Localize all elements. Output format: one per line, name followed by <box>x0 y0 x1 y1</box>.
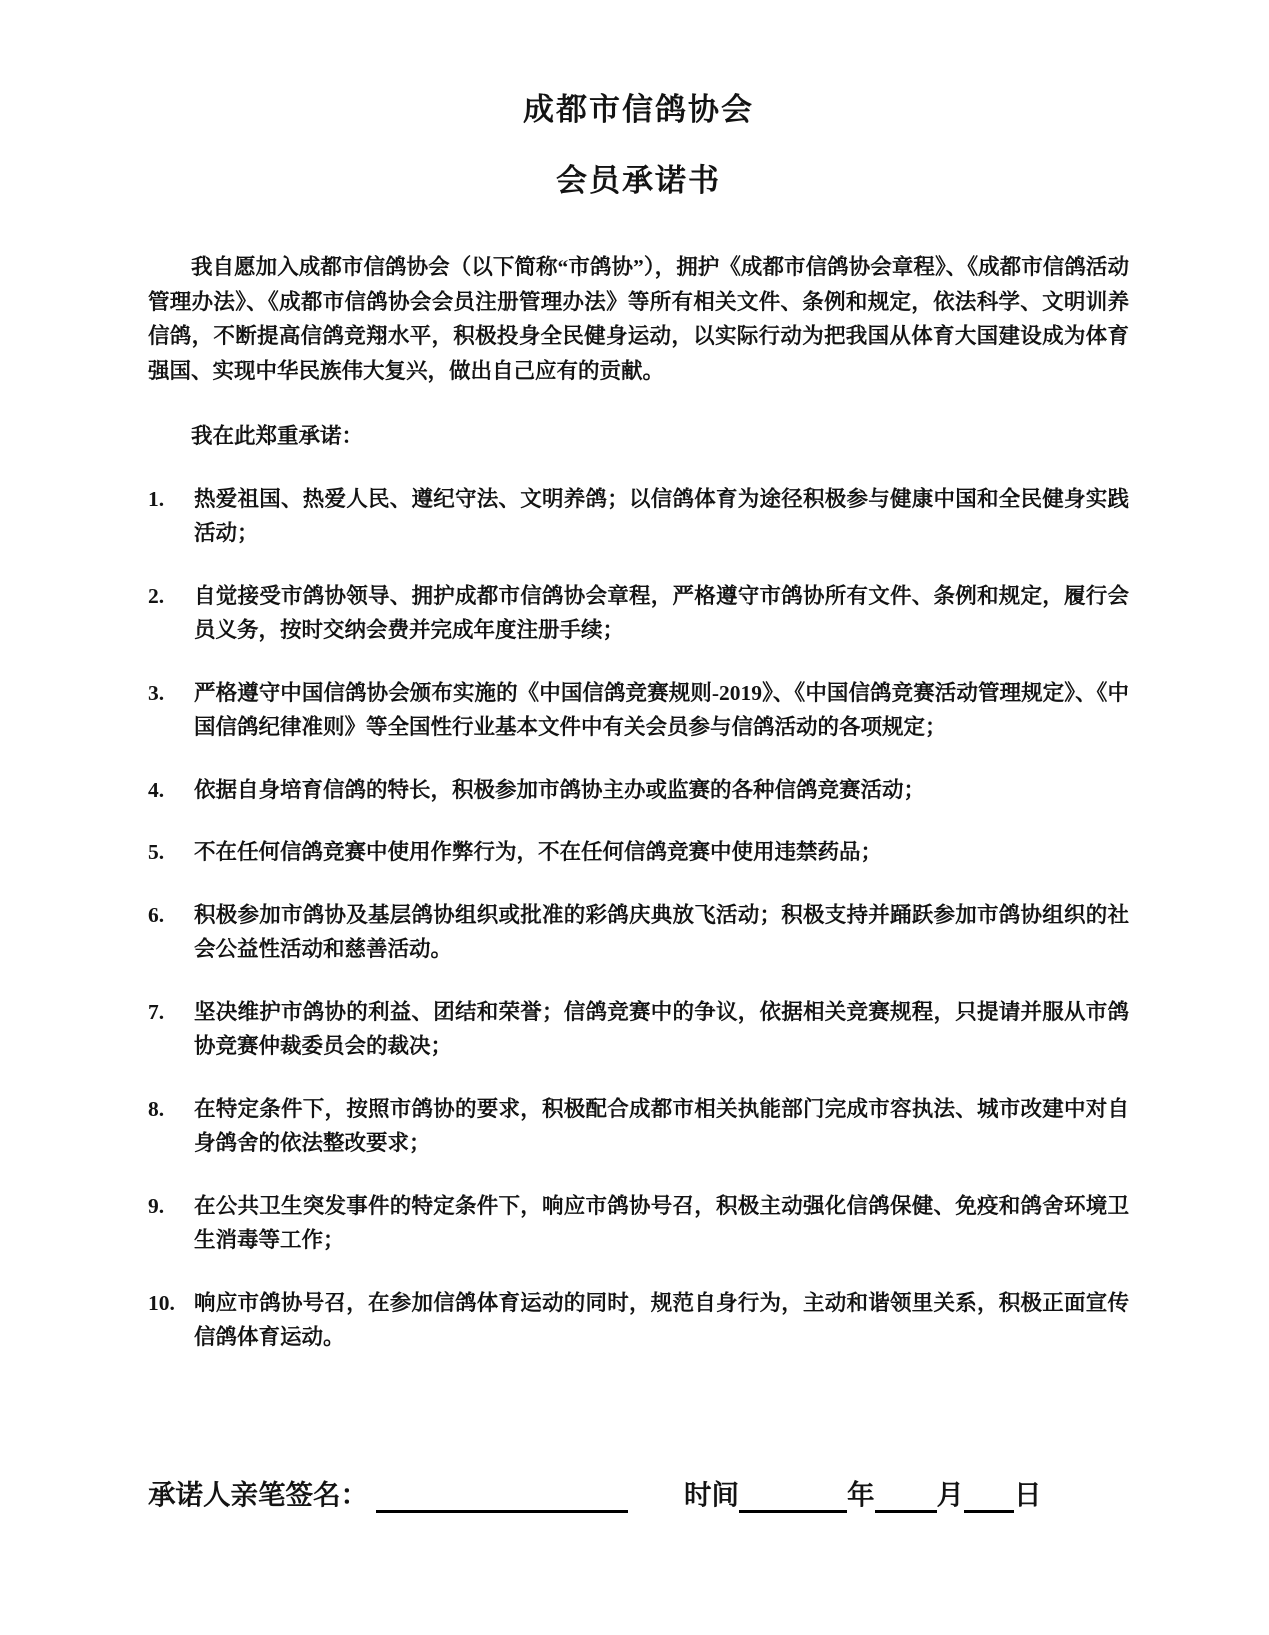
pledge-item-3: 3. 严格遵守中国信鸽协会颁布实施的《中国信鸽竞赛规则-2019》、《中国信鸽竞… <box>148 676 1129 745</box>
pledge-item-text: 坚决维护市鸽协的利益、团结和荣誉；信鸽竞赛中的争议，依据相关竞赛规程，只提请并服… <box>194 995 1129 1064</box>
pledge-item-9: 9. 在公共卫生突发事件的特定条件下，响应市鸽协号召，积极主动强化信鸽保健、免疫… <box>148 1189 1129 1258</box>
pledge-document-page: 成都市信鸽协会 会员承诺书 我自愿加入成都市信鸽协会（以下简称“市鸽协”），拥护… <box>0 0 1269 1635</box>
pledge-item-8: 8. 在特定条件下，按照市鸽协的要求，积极配合成都市相关执能部门完成市容执法、城… <box>148 1092 1129 1161</box>
pledge-item-number: 4. <box>148 773 194 808</box>
pledge-item-text: 热爱祖国、热爱人民、遵纪守法、文明养鸽；以信鸽体育为途径积极参与健康中国和全民健… <box>194 482 1129 551</box>
pledge-list: 1. 热爱祖国、热爱人民、遵纪守法、文明养鸽；以信鸽体育为途径积极参与健康中国和… <box>148 482 1129 1355</box>
pledge-item-number: 8. <box>148 1092 194 1161</box>
month-blank-line <box>875 1478 937 1513</box>
pledge-item-text: 在公共卫生突发事件的特定条件下，响应市鸽协号召，积极主动强化信鸽保健、免疫和鸽舍… <box>194 1189 1129 1258</box>
day-label: 日 <box>1014 1477 1042 1513</box>
pledge-item-text: 积极参加市鸽协及基层鸽协组织或批准的彩鸽庆典放飞活动；积极支持并踊跃参加市鸽协组… <box>194 898 1129 967</box>
pledge-item-4: 4. 依据自身培育信鸽的特长，积极参加市鸽协主办或监赛的各种信鸽竞赛活动； <box>148 773 1129 808</box>
signer-label: 承诺人亲笔签名： <box>148 1477 368 1513</box>
signature-row: 承诺人亲笔签名： 时间 年 月 日 <box>148 1477 1129 1513</box>
pledge-item-text: 响应市鸽协号召，在参加信鸽体育运动的同时，规范自身行为，主动和谐领里关系，积极正… <box>194 1286 1129 1355</box>
pledge-item-number: 2. <box>148 579 194 648</box>
pledge-item-number: 7. <box>148 995 194 1064</box>
year-label: 年 <box>847 1477 875 1513</box>
year-blank-line <box>739 1478 847 1513</box>
month-label: 月 <box>937 1477 965 1513</box>
pledge-item-text: 在特定条件下，按照市鸽协的要求，积极配合成都市相关执能部门完成市容执法、城市改建… <box>194 1092 1129 1161</box>
pledge-item-text: 自觉接受市鸽协领导、拥护成都市信鸽协会章程，严格遵守市鸽协所有文件、条例和规定，… <box>194 579 1129 648</box>
pledge-item-number: 10. <box>148 1286 194 1355</box>
intro-paragraph: 我自愿加入成都市信鸽协会（以下简称“市鸽协”），拥护《成都市信鸽协会章程》、《成… <box>148 250 1129 388</box>
pledge-item-6: 6. 积极参加市鸽协及基层鸽协组织或批准的彩鸽庆典放飞活动；积极支持并踊跃参加市… <box>148 898 1129 967</box>
document-subtitle: 会员承诺书 <box>148 159 1129 203</box>
pledge-item-number: 6. <box>148 898 194 967</box>
pledge-item-7: 7. 坚决维护市鸽协的利益、团结和荣誉；信鸽竞赛中的争议，依据相关竞赛规程，只提… <box>148 995 1129 1064</box>
pledge-item-number: 3. <box>148 676 194 745</box>
pledge-item-text: 不在任何信鸽竞赛中使用作弊行为，不在任何信鸽竞赛中使用违禁药品； <box>194 835 1129 870</box>
pledge-item-2: 2. 自觉接受市鸽协领导、拥护成都市信鸽协会章程，严格遵守市鸽协所有文件、条例和… <box>148 579 1129 648</box>
pledge-item-text: 严格遵守中国信鸽协会颁布实施的《中国信鸽竞赛规则-2019》、《中国信鸽竞赛活动… <box>194 676 1129 745</box>
pledge-lead: 我在此郑重承诺： <box>148 419 1129 454</box>
pledge-item-number: 1. <box>148 482 194 551</box>
time-label: 时间 <box>684 1477 739 1513</box>
pledge-item-5: 5. 不在任何信鸽竞赛中使用作弊行为，不在任何信鸽竞赛中使用违禁药品； <box>148 835 1129 870</box>
pledge-item-10: 10. 响应市鸽协号召，在参加信鸽体育运动的同时，规范自身行为，主动和谐领里关系… <box>148 1286 1129 1355</box>
pledge-item-text: 依据自身培育信鸽的特长，积极参加市鸽协主办或监赛的各种信鸽竞赛活动； <box>194 773 1129 808</box>
document-title: 成都市信鸽协会 <box>148 88 1129 132</box>
day-blank-line <box>964 1478 1014 1513</box>
pledge-item-number: 9. <box>148 1189 194 1258</box>
pledge-item-1: 1. 热爱祖国、热爱人民、遵纪守法、文明养鸽；以信鸽体育为途径积极参与健康中国和… <box>148 482 1129 551</box>
signature-blank-line <box>376 1478 628 1513</box>
pledge-item-number: 5. <box>148 835 194 870</box>
